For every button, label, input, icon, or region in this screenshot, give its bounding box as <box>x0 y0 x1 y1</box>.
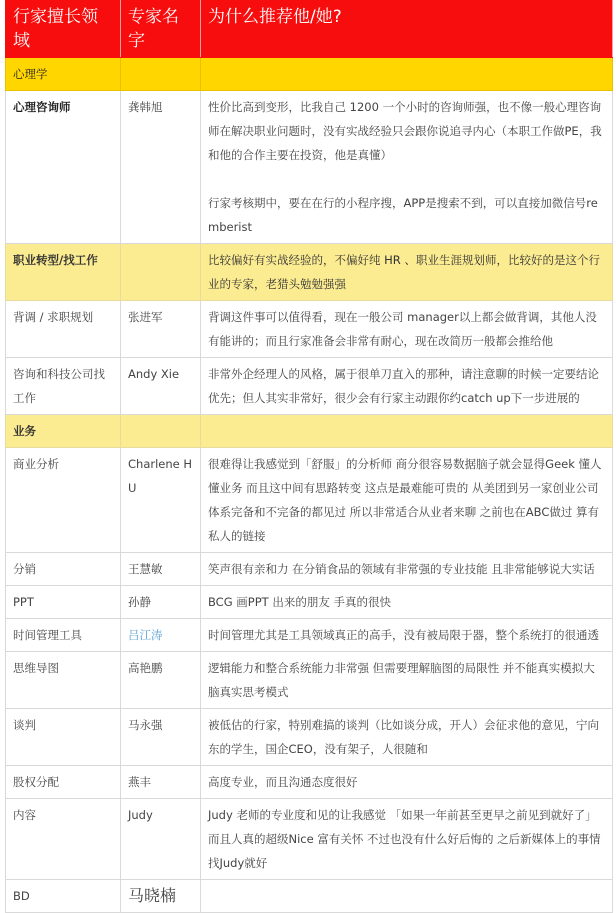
empty-cell <box>201 415 613 448</box>
table-row-psych-counselor: 心理咨询师 龚韩旭 性价比高到变形，比我自己 1200 一个小时的咨询师强，也不… <box>6 91 613 244</box>
reason-cell: 笑声很有亲和力 在分销食品的领域有非常强的专业技能 且非常能够说大实话 <box>201 553 613 586</box>
category-label: 业务 <box>6 415 121 448</box>
reason-cell: 很难得让我感觉到「舒服」的分析师 商分很容易数据脑子就会显得Geek 懂人懂业务… <box>201 448 613 553</box>
reason-cell: 比较偏好有实战经验的，不偏好纯 HR 、职业生涯规划师，比较好的是这个行业的专家… <box>201 244 613 301</box>
field-cell: 商业分析 <box>6 448 121 553</box>
field-cell: 职业转型/找工作 <box>6 244 121 301</box>
reason-cell: 被低估的行家，特别难搞的谈判（比如谈分成，开人）会征求他的意见，宁向东的学生，国… <box>201 709 613 766</box>
header-reason: 为什么推荐他/她? <box>201 1 613 58</box>
name-cell: 龚韩旭 <box>121 91 201 244</box>
category-row-business: 业务 <box>6 415 613 448</box>
paragraph-gap <box>208 167 605 191</box>
field-cell: PPT <box>6 586 121 619</box>
table-row-equity: 股权分配 燕丰 高度专业，而且沟通态度很好 <box>6 766 613 799</box>
reason-cell: 背调这件事可以值得看，现在一般公司 manager以上都会做背调，其他人没有能讲… <box>201 301 613 358</box>
header-expert-name: 专家名字 <box>121 1 201 58</box>
empty-cell <box>121 415 201 448</box>
field-cell: 股权分配 <box>6 766 121 799</box>
empty-cell <box>121 58 201 91</box>
field-cell: 分销 <box>6 553 121 586</box>
table-row-negotiation: 谈判 马永强 被低估的行家，特别难搞的谈判（比如谈分成，开人）会征求他的意见，宁… <box>6 709 613 766</box>
field-cell: 内容 <box>6 799 121 840</box>
name-cell: 王慧敏 <box>121 553 201 586</box>
reason-cell: BCG 画PPT 出来的朋友 手真的很快 <box>201 586 613 619</box>
field-cell: 咨询和科技公司找工作 <box>6 358 121 415</box>
name-cell: 吕江涛 <box>121 619 201 652</box>
header-field: 行家擅长领域 <box>6 1 121 58</box>
name-cell: 燕丰 <box>121 766 201 799</box>
reason-cell: 非常外企经理人的风格，属于很单刀直入的那种，请注意聊的时候一定要结论优先；但人其… <box>201 358 613 415</box>
table-row-business-analysis: 商业分析 Charlene HU 很难得让我感觉到「舒服」的分析师 商分很容易数… <box>6 448 613 553</box>
category-row-psychology: 心理学 <box>6 58 613 91</box>
table-row-background-check: 背调 / 求职规划 张进军 背调这件事可以值得看，现在一般公司 manager以… <box>6 301 613 358</box>
name-cell: 孙静 <box>121 586 201 619</box>
name-cell: 张进军 <box>121 301 201 358</box>
table-row-mind-map: 思维导图 高艳鹏 逻辑能力和整合系统能力非常强 但需要理解脑图的局限性 并不能真… <box>6 652 613 709</box>
expert-name-link[interactable]: 吕江涛 <box>128 628 163 642</box>
name-cell: 马永强 <box>121 709 201 766</box>
table-row-distribution: 分销 王慧敏 笑声很有亲和力 在分销食品的领域有非常强的专业技能 且非常能够说大… <box>6 553 613 586</box>
table-row-ppt: PPT 孙静 BCG 画PPT 出来的朋友 手真的很快 <box>6 586 613 619</box>
category-label: 心理学 <box>6 58 121 91</box>
table-header-row: 行家擅长领域 专家名字 为什么推荐他/她? <box>6 1 613 58</box>
field-cell: 思维导图 <box>6 652 121 709</box>
reason-paragraph-1: 性价比高到变形，比我自己 1200 一个小时的咨询师强，也不像一般心理咨询师在解… <box>208 100 602 162</box>
empty-cell <box>201 58 613 91</box>
field-cell: 背调 / 求职规划 <box>6 301 121 358</box>
field-cell: 谈判 <box>6 709 121 766</box>
field-cell: 心理咨询师 <box>6 91 121 244</box>
table-row-career-change: 职业转型/找工作 比较偏好有实战经验的，不偏好纯 HR 、职业生涯规划师，比较好… <box>6 244 613 301</box>
reason-cell: 时间管理尤其是工具领域真正的高手，没有被局限于器，整个系统打的很通透 <box>201 619 613 652</box>
field-cell: 时间管理工具 <box>6 619 121 652</box>
name-cell: Andy Xie <box>121 358 201 415</box>
reason-cell: 性价比高到变形，比我自己 1200 一个小时的咨询师强，也不像一般心理咨询师在解… <box>201 91 613 244</box>
reason-cell: Judy 老师的专业度和见的让我感觉 「如果一年前甚至更早之前见到就好了」而且人… <box>201 799 613 840</box>
table-row-consulting-jobs: 咨询和科技公司找工作 Andy Xie 非常外企经理人的风格，属于很单刀直入的那… <box>6 358 613 415</box>
table-row-content: 内容 Judy Judy 老师的专业度和见的让我感觉 「如果一年前甚至更早之前见… <box>6 799 613 840</box>
name-cell: Judy <box>121 799 201 840</box>
name-cell: Charlene HU <box>121 448 201 553</box>
reason-cell: 逻辑能力和整合系统能力非常强 但需要理解脑图的局限性 并不能真实模拟大脑真实思考… <box>201 652 613 709</box>
expert-recommendation-table: 行家擅长领域 专家名字 为什么推荐他/她? 心理学 心理咨询师 龚韩旭 性价比高… <box>5 0 613 839</box>
table-row-time-management: 时间管理工具 吕江涛 时间管理尤其是工具领域真正的高手，没有被局限于器，整个系统… <box>6 619 613 652</box>
reason-paragraph-2: 行家考核期中，要在在行的小程序搜，APP是搜索不到，可以直接加微信号rember… <box>208 196 598 234</box>
name-cell: 高艳鹏 <box>121 652 201 709</box>
reason-cell: 高度专业，而且沟通态度很好 <box>201 766 613 799</box>
name-cell <box>121 244 201 301</box>
expert-recommendation-table-container: 行家擅长领域 专家名字 为什么推荐他/她? 心理学 心理咨询师 龚韩旭 性价比高… <box>5 0 612 839</box>
